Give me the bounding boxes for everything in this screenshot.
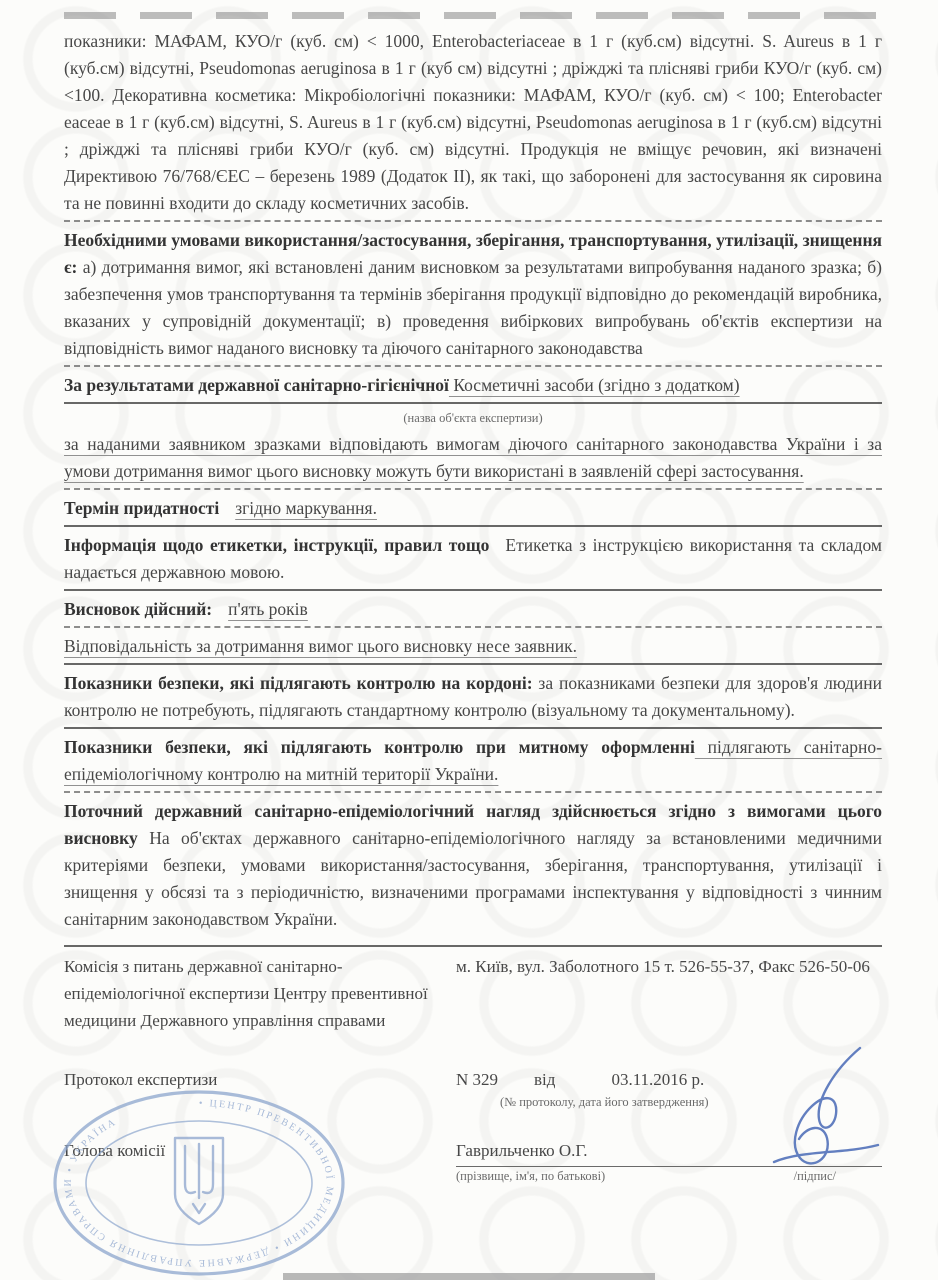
paragraph-compliance: за наданими заявником зразками відповіда… — [64, 431, 882, 485]
divider-line — [64, 220, 882, 222]
scan-edge-artifact — [64, 12, 882, 19]
divider-line — [64, 626, 882, 628]
divider-line — [64, 402, 882, 404]
divider-line — [64, 727, 882, 729]
validity-value: п'ять років — [228, 599, 308, 619]
chairman-label: Голова комісії — [64, 1137, 456, 1164]
scan-edge-artifact-bottom — [283, 1273, 655, 1280]
divider-line — [64, 945, 882, 947]
section-shelf-life: Термін придатностізгідно маркування. — [64, 495, 882, 522]
section-border-control: Показники безпеки, які підлягають контро… — [64, 670, 882, 724]
divider-line — [64, 365, 882, 367]
section-border-control-lead: Показники безпеки, які підлягають контро… — [64, 673, 533, 693]
divider-line — [64, 525, 882, 527]
section-customs-control-lead: Показники безпеки, які підлягають контро… — [64, 737, 695, 757]
section-surveillance-body: На об'єктах державного санітарно-епідемі… — [64, 828, 882, 929]
signature-caption: /підпис/ — [794, 1167, 882, 1185]
protocol-caption: (№ протоколу, дата його затвердження) — [456, 1093, 882, 1111]
scanned-document-page: показники: МАФАМ, КУО/г (куб. см) < 1000… — [0, 0, 938, 1280]
commission-name: Комісія з питань державної санітарно-епі… — [64, 953, 456, 1034]
paragraph-microbiology-text: показники: МАФАМ, КУО/г (куб. см) < 1000… — [64, 31, 882, 213]
section-results: За результатами державної санітарно-гігі… — [64, 372, 882, 399]
paragraph-responsibility-text: Відповідальність за дотримання вимог цьо… — [64, 636, 577, 656]
section-validity-lead: Висновок дійсний: — [64, 599, 212, 619]
chairman-signature-block: Гаврильченко О.Г. (прізвище, ім'я, по ба… — [456, 1137, 882, 1185]
section-surveillance: Поточний державний санітарно-епідеміолог… — [64, 798, 882, 933]
protocol-date: 03.11.2016 р. — [611, 1070, 704, 1089]
protocol-from-word: від — [534, 1070, 555, 1089]
paragraph-responsibility: Відповідальність за дотримання вимог цьо… — [64, 633, 882, 660]
document-footer: Комісія з питань державної санітарно-епі… — [64, 953, 882, 1185]
section-results-lead: За результатами державної санітарно-гігі… — [64, 375, 449, 395]
expertise-object-caption: (назва об'єкта експертизи) — [64, 409, 882, 427]
section-validity: Висновок дійсний:п'ять років — [64, 596, 882, 623]
commission-address-row: Комісія з питань державної санітарно-епі… — [64, 953, 882, 1034]
divider-line — [64, 488, 882, 490]
protocol-number: N 329 — [456, 1070, 498, 1089]
chairman-name: Гаврильченко О.Г. — [456, 1137, 882, 1167]
section-customs-control: Показники безпеки, які підлягають контро… — [64, 734, 882, 788]
expertise-object-value: Косметичні засоби (згідно з додатком) — [449, 375, 740, 395]
name-caption: (прізвище, ім'я, по батькові) — [456, 1167, 605, 1185]
section-shelf-life-lead: Термін придатності — [64, 498, 219, 518]
section-conditions-body: а) дотримання вимог, які встановлені дан… — [64, 257, 882, 358]
divider-line — [64, 589, 882, 591]
protocol-number-line: N 329від03.11.2016 р. — [456, 1066, 882, 1093]
paragraph-microbiology: показники: МАФАМ, КУО/г (куб. см) < 1000… — [64, 28, 882, 217]
paragraph-compliance-text: за наданими заявником зразками відповіда… — [64, 434, 882, 481]
divider-line — [64, 791, 882, 793]
protocol-row: Протокол експертизи N 329від03.11.2016 р… — [64, 1066, 882, 1111]
shelf-life-value: згідно маркування. — [235, 498, 377, 518]
signature-captions: (прізвище, ім'я, по батькові) /підпис/ — [456, 1167, 882, 1185]
section-label-info-lead: Інформація щодо етикетки, інструкції, пр… — [64, 535, 489, 555]
divider-line — [64, 663, 882, 665]
chairman-row: Голова комісії Гаврильченко О.Г. (прізви… — [64, 1137, 882, 1185]
section-label-info: Інформація щодо етикетки, інструкції, пр… — [64, 532, 882, 586]
document-content: показники: МАФАМ, КУО/г (куб. см) < 1000… — [64, 8, 882, 1185]
commission-address: м. Київ, вул. Заболотного 15 т. 526-55-3… — [456, 953, 882, 980]
protocol-label: Протокол експертизи — [64, 1066, 456, 1093]
protocol-details: N 329від03.11.2016 р. (№ протоколу, дата… — [456, 1066, 882, 1111]
section-conditions: Необхідними умовами використання/застосу… — [64, 227, 882, 362]
